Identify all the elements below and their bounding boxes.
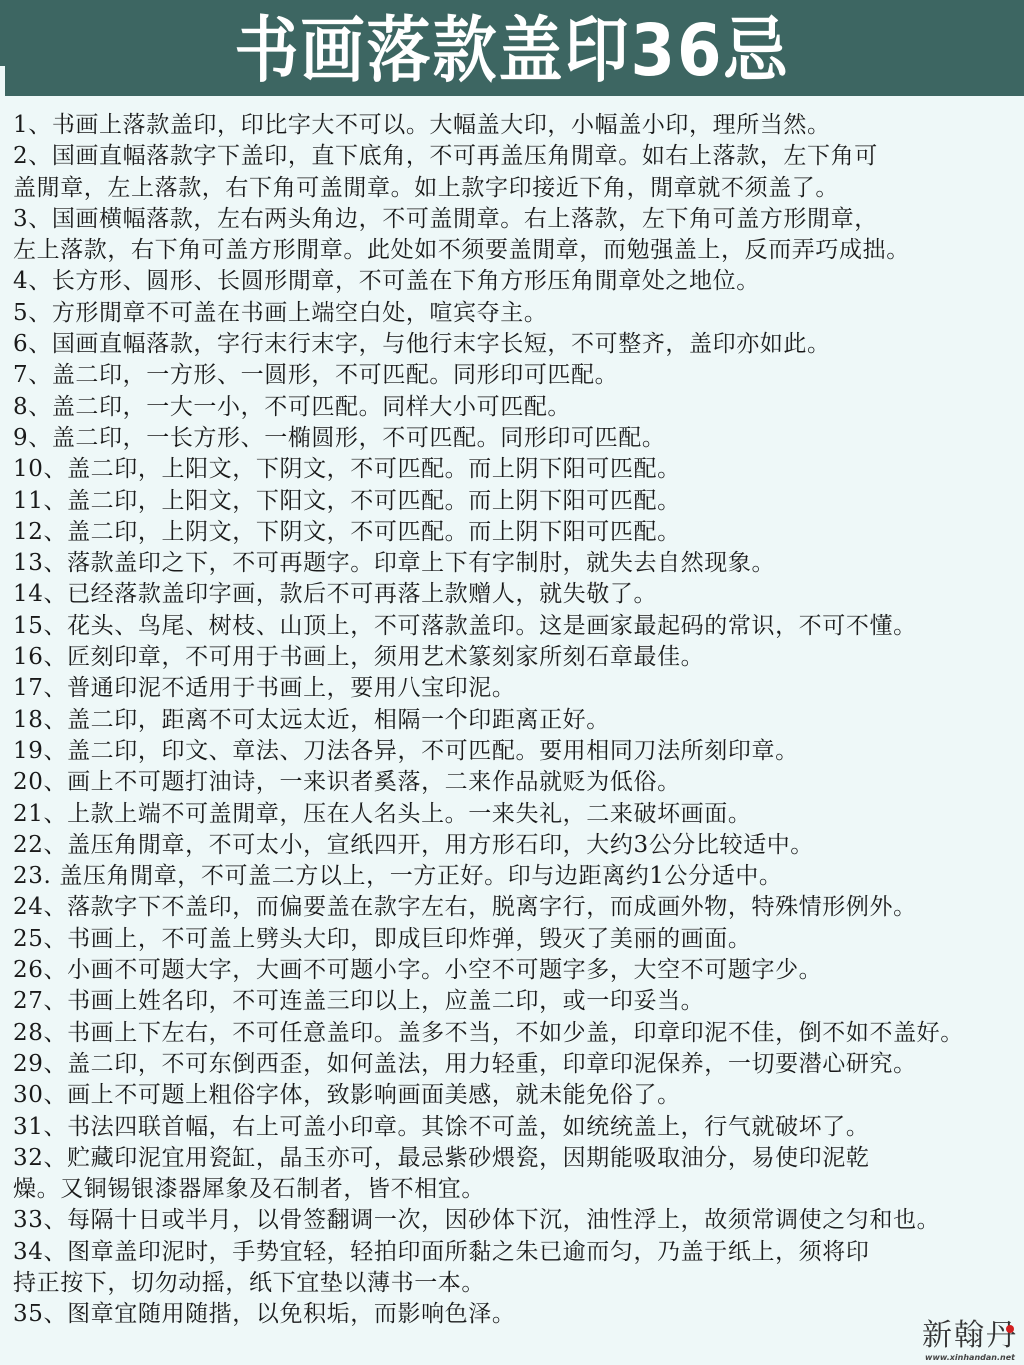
rule-line: 持正按下，切勿动摇，纸下宜垫以薄书一本。 [13, 1268, 1024, 1299]
rule-line: 左上落款，右下角可盖方形閒章。此处如不须要盖閒章，而勉强盖上，反而弄巧成拙。 [13, 235, 1024, 266]
rule-line: 31、书法四联首幅，右上可盖小印章。其馀不可盖，如统统盖上，行气就破坏了。 [13, 1112, 1024, 1143]
rule-line: 8、盖二印，一大一小，不可匹配。同样大小可匹配。 [13, 392, 1024, 423]
title-banner: 书画落款盖印36忌 [0, 0, 1024, 96]
rule-line: 燥。又铜锡银漆器犀象及石制者，皆不相宜。 [13, 1174, 1024, 1205]
rule-line: 6、国画直幅落款，字行末行末字，与他行末字长短，不可整齐，盖印亦如此。 [13, 329, 1024, 360]
rule-line: 25、书画上，不可盖上劈头大印，即成巨印炸弹，毁灭了美丽的画面。 [13, 924, 1024, 955]
banner-notch [0, 66, 5, 96]
rule-line: 1、书画上落款盖印，印比字大不可以。大幅盖大印，小幅盖小印，理所当然。 [13, 110, 1024, 141]
rule-line: 4、长方形、圆形、长圆形閒章，不可盖在下角方形压角閒章处之地位。 [13, 266, 1024, 297]
rule-line: 16、匠刻印章，不可用于书画上，须用艺术篆刻家所刻石章最佳。 [13, 642, 1024, 673]
rule-line: 28、书画上下左右，不可任意盖印。盖多不当，不如少盖，印章印泥不佳，倒不如不盖好… [13, 1018, 1024, 1049]
rule-line: 33、每隔十日或半月，以骨签翻调一次，因砂体下沉，油性浮上，故须常调使之匀和也。 [13, 1205, 1024, 1236]
rule-line: 29、盖二印，不可东倒西歪，如何盖法，用力轻重，印章印泥保养，一切要潜心研究。 [13, 1049, 1024, 1080]
watermark-url: www.xinhandan.net [918, 1353, 1022, 1363]
rule-line: 26、小画不可题大字，大画不可题小字。小空不可题字多，大空不可题字少。 [13, 955, 1024, 986]
rule-line: 盖閒章，左上落款，右下角可盖閒章。如上款字印接近下角，閒章就不须盖了。 [13, 173, 1024, 204]
rule-line: 20、画上不可题打油诗，一来识者奚落，二来作品就贬为低俗。 [13, 767, 1024, 798]
rule-line: 13、落款盖印之下，不可再题字。印章上下有字制肘，就失去自然现象。 [13, 548, 1024, 579]
watermark-brand: 新翰丹 [922, 1318, 1018, 1353]
rule-line: 2、国画直幅落款字下盖印，直下底角，不可再盖压角閒章。如右上落款，左下角可 [13, 141, 1024, 172]
rule-line: 24、落款字下不盖印，而偏要盖在款字左右，脱离字行，而成画外物，特殊情形例外。 [13, 892, 1024, 923]
rule-line: 5、方形閒章不可盖在书画上端空白处，喧宾夺主。 [13, 298, 1024, 329]
rules-list: 1、书画上落款盖印，印比字大不可以。大幅盖大印，小幅盖小印，理所当然。 2、国画… [13, 110, 1024, 1331]
rule-line: 7、盖二印，一方形、一圆形，不可匹配。同形印可匹配。 [13, 360, 1024, 391]
rule-line: 19、盖二印，印文、章法、刀法各异，不可匹配。要用相同刀法所刻印章。 [13, 736, 1024, 767]
rule-line: 11、盖二印，上阳文，下阳文，不可匹配。而上阴下阳可匹配。 [13, 486, 1024, 517]
page-title: 书画落款盖印36忌 [234, 0, 789, 97]
rule-line: 12、盖二印，上阴文，下阴文，不可匹配。而上阴下阳可匹配。 [13, 517, 1024, 548]
rule-line: 10、盖二印，上阳文，下阴文，不可匹配。而上阴下阳可匹配。 [13, 454, 1024, 485]
rule-line: 30、画上不可题上粗俗字体，致影响画面美感，就未能免俗了。 [13, 1080, 1024, 1111]
red-dot-icon [1006, 1325, 1014, 1333]
rule-line: 34、图章盖印泥时，手势宜轻，轻拍印面所黏之朱已逾而匀，乃盖于纸上，须将印 [13, 1237, 1024, 1268]
rule-line: 3、国画横幅落款，左右两头角边，不可盖閒章。右上落款，左下角可盖方形閒章， [13, 204, 1024, 235]
rule-line: 17、普通印泥不适用于书画上，要用八宝印泥。 [13, 673, 1024, 704]
rule-line: 9、盖二印，一长方形、一椭圆形，不可匹配。同形印可匹配。 [13, 423, 1024, 454]
rule-line: 27、书画上姓名印，不可连盖三印以上，应盖二印，或一印妥当。 [13, 986, 1024, 1017]
rule-line: 32、贮藏印泥宜用瓷缸，晶玉亦可，最忌紫砂煨瓷，因期能吸取油分，易使印泥乾 [13, 1143, 1024, 1174]
rule-line: 23. 盖压角閒章，不可盖二方以上，一方正好。印与边距离约1公分适中。 [13, 861, 1024, 892]
rule-line: 35、图章宜随用随揩，以免积垢，而影响色泽。 [13, 1299, 1024, 1330]
rule-line: 21、上款上端不可盖閒章，压在人名头上。一来失礼，二来破坏画面。 [13, 799, 1024, 830]
rule-line: 18、盖二印，距离不可太远太近，相隔一个印距离正好。 [13, 705, 1024, 736]
rule-line: 14、已经落款盖印字画，款后不可再落上款赠人，就失敬了。 [13, 579, 1024, 610]
rule-line: 22、盖压角閒章，不可太小，宣纸四开，用方形石印，大约3公分比较适中。 [13, 830, 1024, 861]
watermark-logo: 新翰丹 www.xinhandan.net [918, 1319, 1022, 1363]
rule-line: 15、花头、鸟尾、树枝、山顶上，不可落款盖印。这是画家最起码的常识，不可不懂。 [13, 611, 1024, 642]
